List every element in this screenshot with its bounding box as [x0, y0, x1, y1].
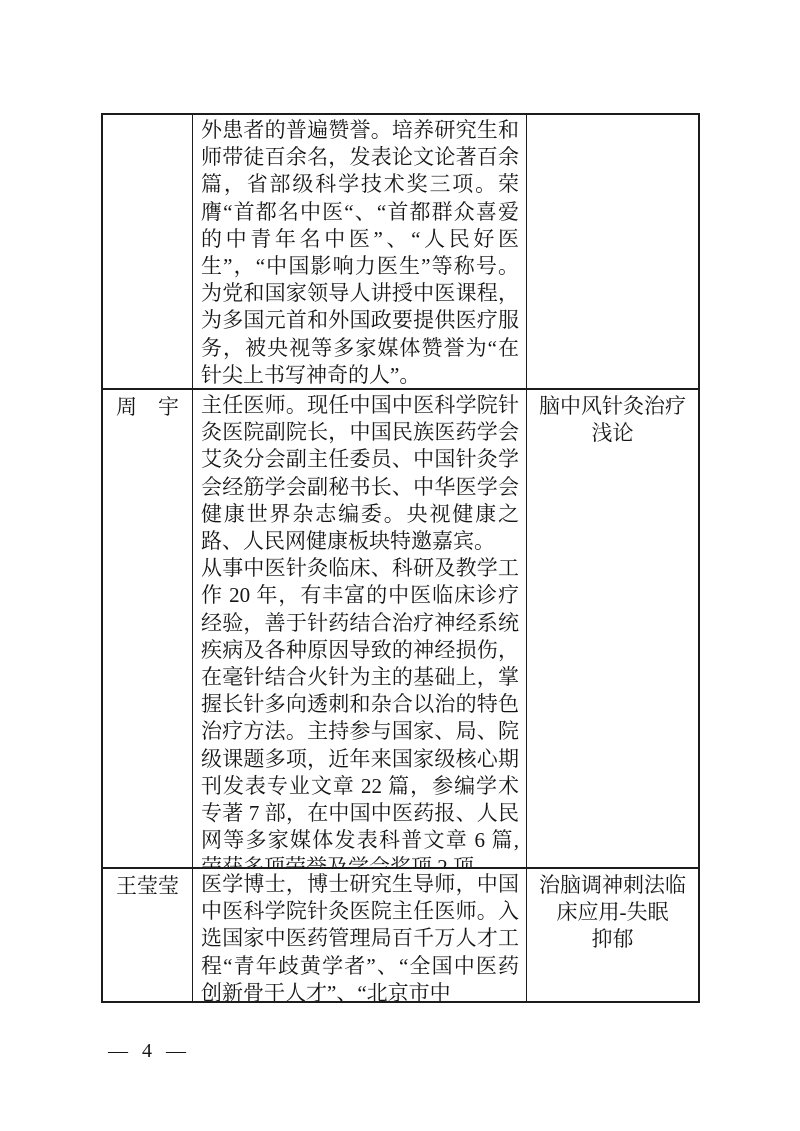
description-cell: 医学博士，博士研究生导师，中国中医科学院针灸医院主任医师。入选国家中医药管理局百… [193, 869, 527, 1001]
speaker-table: 外患者的普遍赞誉。培养研究生和师带徒百余名，发表论文论著百余篇，省部级科学技术奖… [101, 113, 700, 1003]
topic-cell: 脑中风针灸治疗 浅论 [527, 390, 698, 869]
name-cell [103, 115, 193, 390]
description-cell: 主任医师。现任中国中医科学院针灸医院副院长，中国民族医药学会艾灸分会副主任委员、… [193, 390, 527, 869]
description-cell: 外患者的普遍赞誉。培养研究生和师带徒百余名，发表论文论著百余篇，省部级科学技术奖… [193, 115, 527, 390]
topic-cell: 治脑调神刺法临 床应用-失眠 抑郁 [527, 869, 698, 1001]
name-cell: 王莹莹 [103, 869, 193, 1001]
topic-cell [527, 115, 698, 390]
document-page: { "page": { "footer_page_number": "— 4 —… [0, 0, 800, 1131]
page-number: — 4 — [108, 1038, 186, 1064]
name-cell: 周 宇 [103, 390, 193, 869]
